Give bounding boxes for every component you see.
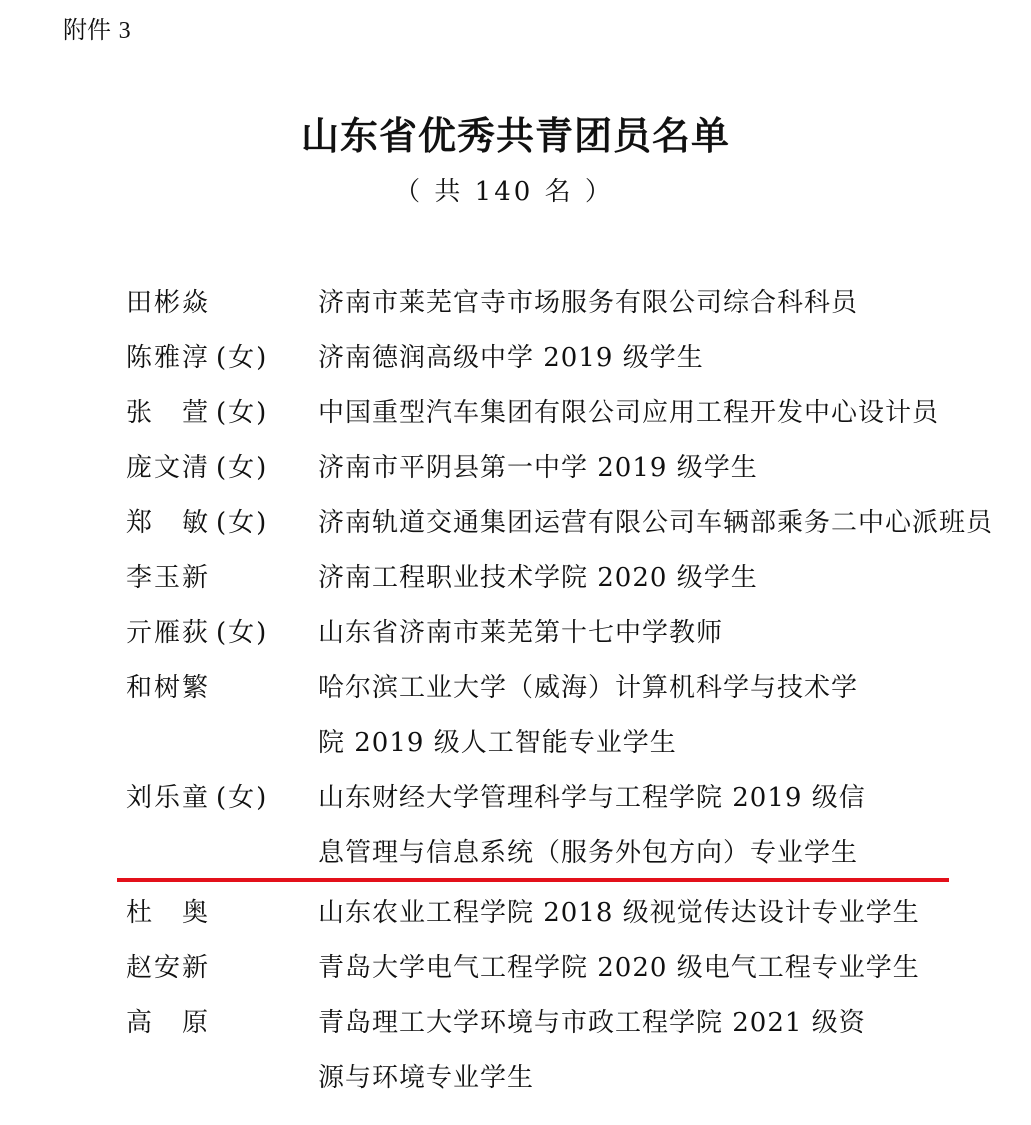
honoree-name: 陈雅淳(女) (126, 331, 318, 386)
document-subtitle-count: （ 共 140 名 ） (0, 170, 1008, 214)
honoree-affiliation: 山东农业工程学院 2018 级视觉传达设计专业学生 (318, 886, 956, 941)
affiliation-line: 源与环境专业学生 (318, 1051, 956, 1106)
name-text: 庞文清 (126, 453, 210, 483)
honoree-affiliation: 中国重型汽车集团有限公司应用工程开发中心设计员 (318, 386, 956, 441)
list-item: 郑 敏(女)济南轨道交通集团运营有限公司车辆部乘务二中心派班员 (126, 496, 956, 551)
affiliation-line: 院 2019 级人工智能专业学生 (318, 716, 956, 771)
name-text: 和树繁 (126, 673, 210, 703)
honoree-name: 庞文清(女) (126, 441, 318, 496)
honoree-name: 赵安新 (126, 941, 318, 996)
attachment-number: 3 (119, 18, 131, 44)
honoree-list-continued: 杜 奥山东农业工程学院 2018 级视觉传达设计专业学生赵安新青岛大学电气工程学… (126, 886, 956, 1106)
affiliation-line: 济南轨道交通集团运营有限公司车辆部乘务二中心派班员 (318, 496, 993, 551)
list-item: 亓雁荻(女)山东省济南市莱芜第十七中学教师 (126, 606, 956, 661)
honoree-affiliation: 哈尔滨工业大学（威海）计算机科学与技术学院 2019 级人工智能专业学生 (318, 661, 956, 771)
list-item: 刘乐童(女)山东财经大学管理科学与工程学院 2019 级信息管理与信息系统（服务… (126, 771, 956, 881)
gender-note: (女) (216, 618, 268, 648)
attachment-label-text: 附件 (63, 16, 111, 44)
honoree-affiliation: 山东省济南市莱芜第十七中学教师 (318, 606, 956, 661)
name-text: 刘乐童 (126, 783, 210, 813)
name-text: 高 原 (126, 1008, 210, 1038)
honoree-name: 高 原 (126, 996, 318, 1106)
honoree-list: 田彬焱济南市莱芜官寺市场服务有限公司综合科科员陈雅淳(女)济南德润高级中学 20… (126, 276, 956, 881)
name-text: 赵安新 (126, 953, 210, 983)
honoree-affiliation: 济南德润高级中学 2019 级学生 (318, 331, 956, 386)
honoree-affiliation: 青岛理工大学环境与市政工程学院 2021 级资源与环境专业学生 (318, 996, 956, 1106)
honoree-affiliation: 济南市莱芜官寺市场服务有限公司综合科科员 (318, 276, 956, 331)
affiliation-line: 济南市平阴县第一中学 2019 级学生 (318, 441, 956, 496)
list-item: 李玉新济南工程职业技术学院 2020 级学生 (126, 551, 956, 606)
list-item: 赵安新青岛大学电气工程学院 2020 级电气工程专业学生 (126, 941, 956, 996)
list-item: 和树繁哈尔滨工业大学（威海）计算机科学与技术学院 2019 级人工智能专业学生 (126, 661, 956, 771)
affiliation-line: 山东农业工程学院 2018 级视觉传达设计专业学生 (318, 886, 956, 941)
name-text: 亓雁荻 (126, 618, 210, 648)
honoree-name: 田彬焱 (126, 276, 318, 331)
affiliation-line: 中国重型汽车集团有限公司应用工程开发中心设计员 (318, 386, 956, 441)
attachment-label: 附件 3 (63, 12, 131, 49)
name-text: 张 萱 (126, 398, 210, 428)
honoree-name: 刘乐童(女) (126, 771, 318, 881)
red-divider-line (117, 878, 949, 882)
honoree-name: 郑 敏(女) (126, 496, 318, 551)
affiliation-line: 青岛大学电气工程学院 2020 级电气工程专业学生 (318, 941, 956, 996)
honoree-name: 张 萱(女) (126, 386, 318, 441)
gender-note: (女) (216, 453, 268, 483)
list-item: 田彬焱济南市莱芜官寺市场服务有限公司综合科科员 (126, 276, 956, 331)
name-text: 陈雅淳 (126, 343, 210, 373)
honoree-affiliation: 青岛大学电气工程学院 2020 级电气工程专业学生 (318, 941, 956, 996)
name-text: 李玉新 (126, 563, 210, 593)
list-item: 张 萱(女)中国重型汽车集团有限公司应用工程开发中心设计员 (126, 386, 956, 441)
list-item: 庞文清(女)济南市平阴县第一中学 2019 级学生 (126, 441, 956, 496)
affiliation-line: 山东省济南市莱芜第十七中学教师 (318, 606, 956, 661)
affiliation-line: 山东财经大学管理科学与工程学院 2019 级信 (318, 771, 956, 826)
honoree-name: 杜 奥 (126, 886, 318, 941)
affiliation-line: 济南德润高级中学 2019 级学生 (318, 331, 956, 386)
affiliation-line: 济南市莱芜官寺市场服务有限公司综合科科员 (318, 276, 956, 331)
honoree-affiliation: 济南轨道交通集团运营有限公司车辆部乘务二中心派班员 (318, 496, 993, 551)
document-title: 山东省优秀共青团员名单 (0, 108, 1031, 164)
affiliation-line: 青岛理工大学环境与市政工程学院 2021 级资 (318, 996, 956, 1051)
gender-note: (女) (216, 508, 268, 538)
honoree-affiliation: 济南工程职业技术学院 2020 级学生 (318, 551, 956, 606)
list-item: 高 原青岛理工大学环境与市政工程学院 2021 级资源与环境专业学生 (126, 996, 956, 1106)
honoree-affiliation: 济南市平阴县第一中学 2019 级学生 (318, 441, 956, 496)
affiliation-line: 哈尔滨工业大学（威海）计算机科学与技术学 (318, 661, 956, 716)
honoree-name: 亓雁荻(女) (126, 606, 318, 661)
affiliation-line: 息管理与信息系统（服务外包方向）专业学生 (318, 826, 956, 881)
gender-note: (女) (216, 343, 268, 373)
affiliation-line: 济南工程职业技术学院 2020 级学生 (318, 551, 956, 606)
name-text: 杜 奥 (126, 898, 210, 928)
name-text: 田彬焱 (126, 288, 210, 318)
honoree-name: 李玉新 (126, 551, 318, 606)
gender-note: (女) (216, 783, 268, 813)
list-item: 陈雅淳(女)济南德润高级中学 2019 级学生 (126, 331, 956, 386)
name-text: 郑 敏 (126, 508, 210, 538)
honoree-name: 和树繁 (126, 661, 318, 771)
list-item: 杜 奥山东农业工程学院 2018 级视觉传达设计专业学生 (126, 886, 956, 941)
honoree-affiliation: 山东财经大学管理科学与工程学院 2019 级信息管理与信息系统（服务外包方向）专… (318, 771, 956, 881)
gender-note: (女) (216, 398, 268, 428)
